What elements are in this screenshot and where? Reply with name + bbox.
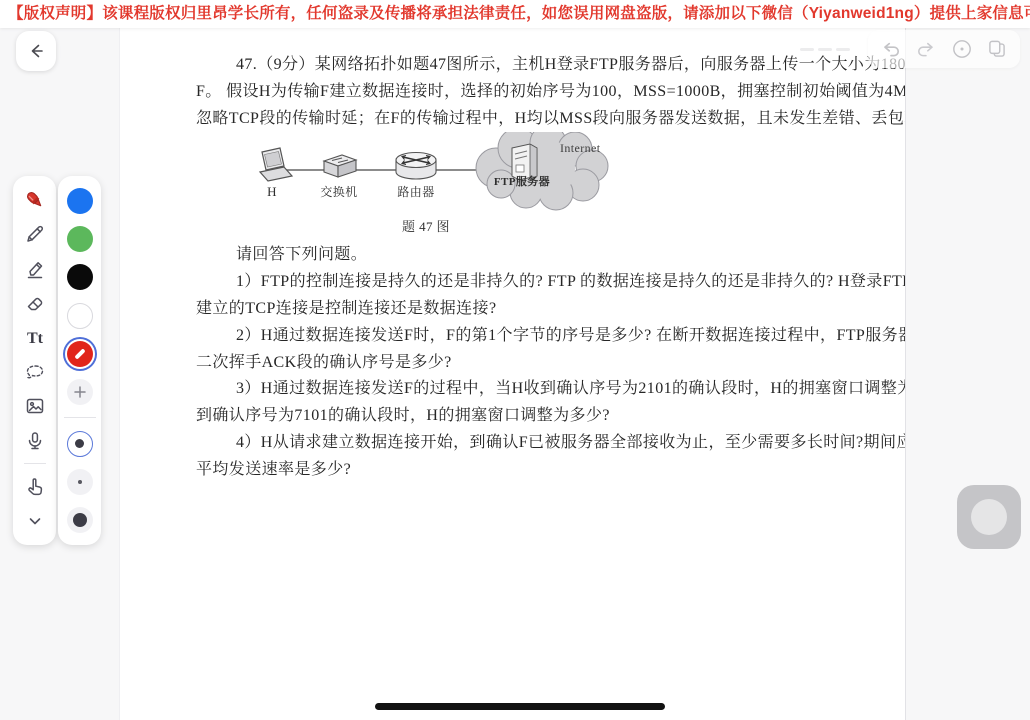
document-text: 47.（9分）某网络拓扑如题47图所示，主机H登录FTP服务器后，向服务器上传一… bbox=[120, 52, 905, 484]
question-line: 到确认序号为7101的确认段时，H的拥塞窗口调整为多少? bbox=[120, 403, 905, 430]
host-laptop-icon bbox=[260, 148, 292, 181]
color-swatch-black[interactable] bbox=[67, 264, 93, 290]
watermark bbox=[800, 38, 860, 54]
switch-icon bbox=[324, 155, 356, 177]
stroke-size-medium[interactable] bbox=[67, 431, 93, 457]
question-line: 1）FTP的控制连接是持久的还是非持久的? FTP 的数据连接是持久的还是非持久… bbox=[120, 269, 905, 296]
microphone-tool[interactable] bbox=[23, 429, 47, 453]
stroke-size-large[interactable] bbox=[67, 507, 93, 533]
network-topology-svg: Internet FTP服务器 H bbox=[250, 132, 650, 240]
switch-label: 交换机 bbox=[320, 184, 357, 199]
highlighter-tool[interactable] bbox=[23, 257, 47, 281]
ftp-server-icon bbox=[512, 144, 537, 180]
hand-gesture-tool[interactable] bbox=[23, 475, 47, 499]
internet-label: Internet bbox=[560, 141, 601, 155]
question-line: 忽略TCP段的传输时延；在F的传输过程中，H均以MSS段向服务器发送数据，且未发… bbox=[120, 106, 905, 133]
stroke-size-small[interactable] bbox=[67, 469, 93, 495]
drawing-tools-panel: Tt bbox=[13, 176, 56, 545]
arrow-left-icon bbox=[26, 41, 46, 61]
assistive-touch-button[interactable] bbox=[957, 485, 1021, 549]
pencil-tool[interactable] bbox=[23, 222, 47, 246]
question-line: 3）H通过数据连接发送F的过程中，当H收到确认序号为2101的确认段时，H的拥塞… bbox=[120, 376, 905, 403]
copyright-banner-text: 【版权声明】该课程版权归里昂学长所有，任何盗录及传播将承担法律责任，如您误用网盘… bbox=[0, 0, 1030, 28]
question-line: F。 假设H为传输F建立数据连接时，选择的初始序号为100，MSS=1000B，… bbox=[120, 79, 905, 106]
canvas-toolbar bbox=[868, 30, 1020, 68]
document-page: 47.（9分）某网络拓扑如题47图所示，主机H登录FTP服务器后，向服务器上传一… bbox=[119, 28, 906, 720]
question-line: 请回答下列问题。 bbox=[120, 242, 905, 269]
add-color-button[interactable] bbox=[67, 379, 93, 405]
colors-divider bbox=[64, 417, 96, 418]
assistive-touch-inner-circle bbox=[971, 499, 1007, 535]
question-line: 2）H通过数据连接发送F时，F的第1个字节的序号是多少? 在断开数据连接过程中，… bbox=[120, 323, 905, 350]
undo-icon[interactable] bbox=[879, 37, 903, 61]
collapse-toolbar-button[interactable] bbox=[23, 509, 47, 533]
color-swatch-blue[interactable] bbox=[67, 188, 93, 214]
network-topology-figure: Internet FTP服务器 H bbox=[120, 132, 905, 242]
ftp-server-label: FTP服务器 bbox=[494, 174, 550, 188]
pages-icon[interactable] bbox=[985, 37, 1009, 61]
ballpoint-pen-tool[interactable] bbox=[23, 188, 47, 212]
redo-icon[interactable] bbox=[914, 37, 938, 61]
question-line: 二次挥手ACK段的确认序号是多少? bbox=[120, 350, 905, 377]
question-line: 平均发送速率是多少? bbox=[120, 457, 905, 484]
plus-icon bbox=[73, 385, 87, 399]
screen: 【版权声明】该课程版权归里昂学长所有，任何盗录及传播将承担法律责任，如您误用网盘… bbox=[0, 0, 1030, 720]
color-swatch-green[interactable] bbox=[67, 226, 93, 252]
text-tool[interactable]: Tt bbox=[23, 326, 47, 350]
eraser-tool[interactable] bbox=[23, 291, 47, 315]
router-icon bbox=[396, 153, 436, 180]
question-line: 47.（9分）某网络拓扑如题47图所示，主机H登录FTP服务器后，向服务器上传一… bbox=[120, 52, 905, 79]
image-tool[interactable] bbox=[23, 394, 47, 418]
question-line: 4）H从请求建立数据连接开始，到确认F已被服务器全部接收为止，至少需要多长时间?… bbox=[120, 430, 905, 457]
color-swatch-red-selected[interactable] bbox=[67, 341, 93, 367]
color-swatch-white[interactable] bbox=[67, 303, 93, 329]
lasso-tool[interactable] bbox=[23, 360, 47, 384]
home-indicator[interactable] bbox=[375, 703, 665, 710]
record-dot-icon[interactable] bbox=[950, 37, 974, 61]
copyright-banner: 【版权声明】该课程版权归里昂学长所有，任何盗录及传播将承担法律责任，如您误用网盘… bbox=[0, 0, 1030, 28]
svg-text:Tt: Tt bbox=[27, 330, 44, 347]
figure-caption: 题 47 图 bbox=[402, 219, 450, 234]
pen-nib-glyph bbox=[74, 348, 85, 359]
host-label: H bbox=[267, 184, 277, 199]
router-label: 路由器 bbox=[397, 184, 434, 199]
color-size-panel bbox=[58, 176, 101, 545]
tools-divider bbox=[24, 463, 46, 464]
question-line: 建立的TCP连接是控制连接还是数据连接? bbox=[120, 296, 905, 323]
back-button[interactable] bbox=[16, 31, 56, 71]
